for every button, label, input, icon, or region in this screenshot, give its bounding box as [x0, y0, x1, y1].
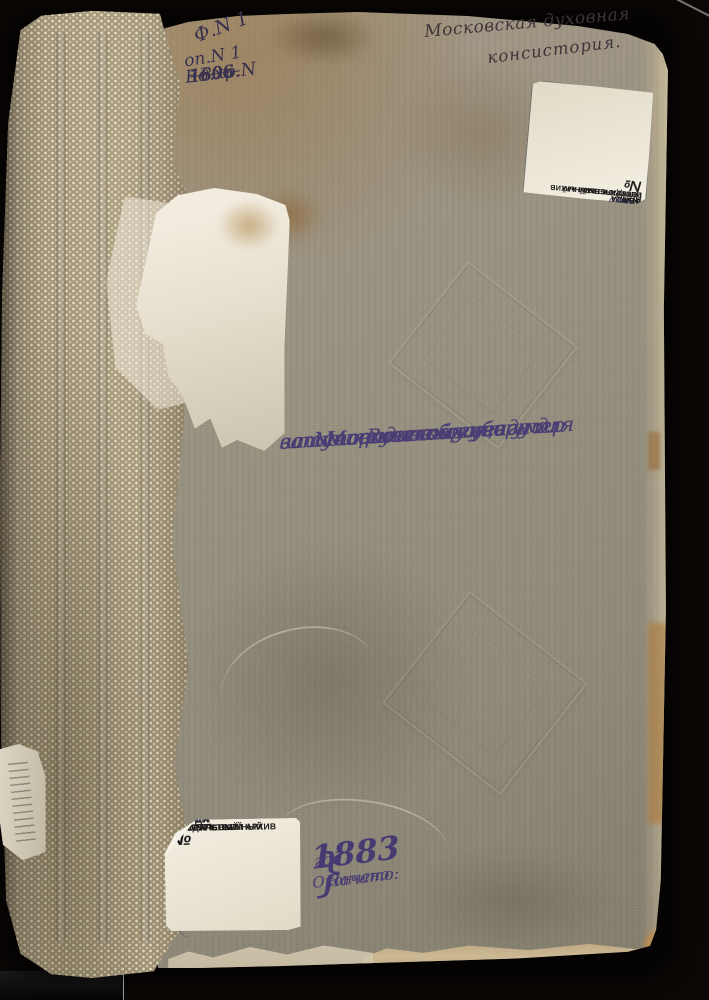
stain	[268, 10, 378, 65]
numero-sign: №	[624, 176, 643, 194]
archive-label-top-rotated: ЦЕНТРАЛЬНЫЙ ГОСУДАРСТВЕННЫЙ ИСТОРИЧЕСКИЙ…	[522, 80, 656, 205]
embossed-stamp-inner	[421, 629, 549, 756]
spine-ridge	[140, 30, 150, 944]
archival-book-cover-photo: Ф.N 1 оп.N 1 Ед.хр.N1806.1606 Московская…	[0, 0, 709, 1000]
year-suffix: год	[314, 848, 343, 873]
spine-tag-illegible-text	[7, 757, 36, 842]
torn-bottom-edge	[168, 938, 373, 968]
archive-label-bottom: ЦЕНТРАЛЬНЫЙ ГОСУДАРСТВЕННЫЙ ИСТОРИЧЕСКИЙ…	[164, 818, 302, 932]
spine-ridge	[56, 30, 66, 944]
embossed-stamp-inner	[424, 296, 542, 413]
spine-ridge	[98, 30, 108, 944]
stain	[216, 199, 281, 252]
stain	[648, 432, 660, 470]
